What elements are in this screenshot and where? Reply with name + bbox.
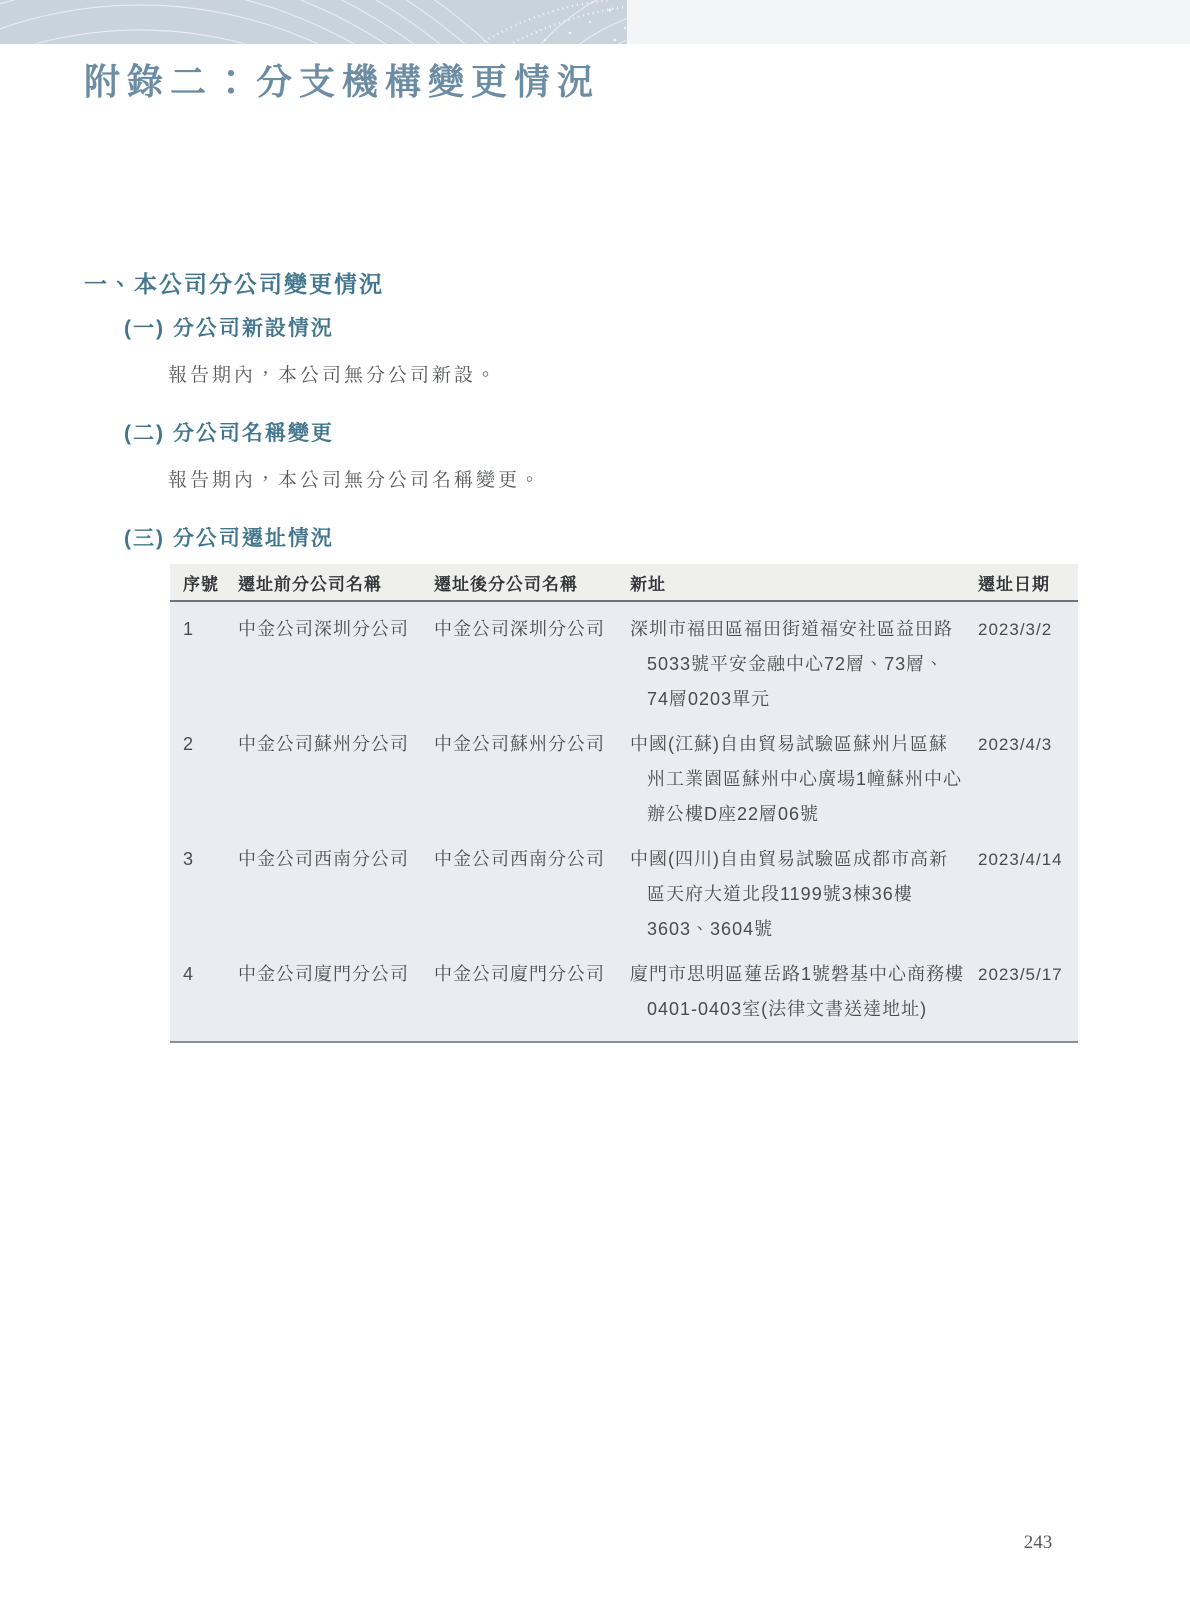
page-title: 附錄二：分支機構變更情況	[84, 54, 600, 105]
cell-no: 1	[170, 601, 225, 717]
table-row: 1 中金公司深圳分公司 中金公司深圳分公司 深圳市福田區福田街道福安社區益田路5…	[170, 601, 1078, 717]
cell-name-after: 中金公司西南分公司	[421, 832, 617, 947]
swirl-pattern-icon	[0, 0, 627, 44]
col-header-new-address: 新址	[617, 564, 965, 601]
cell-no: 3	[170, 832, 225, 947]
col-header-no: 序號	[170, 564, 225, 601]
cell-name-before: 中金公司廈門分公司	[225, 947, 421, 1042]
cell-no: 2	[170, 717, 225, 832]
subsection-3-heading: (三) 分公司遷址情況	[124, 522, 334, 552]
table-row: 3 中金公司西南分公司 中金公司西南分公司 中國(四川)自由貿易試驗區成都市高新…	[170, 832, 1078, 947]
cell-no: 4	[170, 947, 225, 1042]
cell-name-after: 中金公司深圳分公司	[421, 601, 617, 717]
cell-name-after: 中金公司蘇州分公司	[421, 717, 617, 832]
report-page: { "page": { "title": "附錄二：分支機構變更情況", "nu…	[0, 0, 1190, 1615]
section-heading: 一、本公司分公司變更情況	[84, 266, 384, 299]
header-band-pattern	[0, 0, 627, 44]
cell-new-address: 廈門市思明區蓮岳路1號磐基中心商務樓0401-0403室(法律文書送達地址)	[617, 947, 965, 1042]
subsection-1-heading: (一) 分公司新設情況	[124, 312, 334, 342]
table-row: 4 中金公司廈門分公司 中金公司廈門分公司 廈門市思明區蓮岳路1號磐基中心商務樓…	[170, 947, 1078, 1042]
cell-new-address: 中國(四川)自由貿易試驗區成都市高新區天府大道北段1199號3棟36樓3603、…	[617, 832, 965, 947]
col-header-name-after: 遷址後分公司名稱	[421, 564, 617, 601]
table-header-row: 序號 遷址前分公司名稱 遷址後分公司名稱 新址 遷址日期	[170, 564, 1078, 601]
header-decorative-band	[0, 0, 1190, 44]
cell-date: 2023/4/14	[965, 832, 1078, 947]
cell-new-address: 中國(江蘇)自由貿易試驗區蘇州片區蘇州工業園區蘇州中心廣場1幢蘇州中心辦公樓D座…	[617, 717, 965, 832]
col-header-name-before: 遷址前分公司名稱	[225, 564, 421, 601]
cell-name-before: 中金公司蘇州分公司	[225, 717, 421, 832]
cell-date: 2023/4/3	[965, 717, 1078, 832]
cell-name-before: 中金公司深圳分公司	[225, 601, 421, 717]
cell-name-after: 中金公司廈門分公司	[421, 947, 617, 1042]
subsection-2-heading: (二) 分公司名稱變更	[124, 417, 334, 447]
cell-new-address: 深圳市福田區福田街道福安社區益田路5033號平安金融中心72層、73層、74層0…	[617, 601, 965, 717]
cell-date: 2023/5/17	[965, 947, 1078, 1042]
table-row: 2 中金公司蘇州分公司 中金公司蘇州分公司 中國(江蘇)自由貿易試驗區蘇州片區蘇…	[170, 717, 1078, 832]
subsection-1-body: 報告期內，本公司無分公司新設。	[168, 360, 498, 387]
branch-relocation-table: 序號 遷址前分公司名稱 遷址後分公司名稱 新址 遷址日期 1 中金公司深圳分公司…	[170, 564, 1078, 1043]
subsection-2-body: 報告期內，本公司無分公司名稱變更。	[168, 465, 542, 492]
col-header-date: 遷址日期	[965, 564, 1078, 601]
cell-name-before: 中金公司西南分公司	[225, 832, 421, 947]
page-number: 243	[1005, 1532, 1071, 1554]
cell-date: 2023/3/2	[965, 601, 1078, 717]
